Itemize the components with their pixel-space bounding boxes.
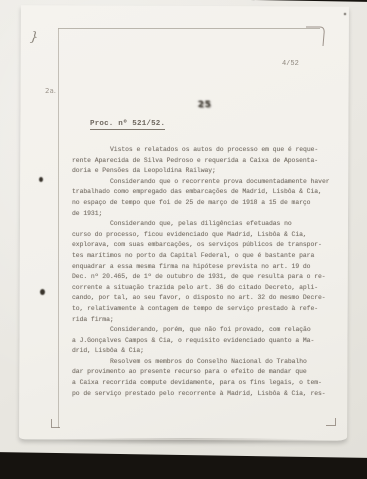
typed-line: dar provimento ao presente recurso para … bbox=[72, 367, 324, 378]
handwritten-squiggle: } bbox=[29, 30, 39, 46]
corner-curl-mark bbox=[306, 24, 328, 55]
typed-line: cando, por tal, ao seu favor, o disposto… bbox=[72, 293, 324, 304]
typed-line: a Caixa recorrida compute devidamente, p… bbox=[72, 378, 324, 389]
typed-line: a J.Gonçalves Campos & Cia, o requisito … bbox=[72, 336, 324, 347]
typed-line: Considerando, porém, que não foi provado… bbox=[72, 325, 324, 336]
page-frame-left-line bbox=[58, 28, 59, 428]
process-heading: Proc. nº 521/52. bbox=[90, 120, 165, 130]
page-frame-top-line bbox=[58, 28, 320, 29]
typed-line: de 1931; bbox=[72, 209, 324, 220]
typed-line: enquadrar a essa mesma firma na hipótese… bbox=[72, 262, 324, 273]
typed-line: explorava, com suas embarcações, os serv… bbox=[72, 240, 324, 251]
typed-line: curso do processo, ficou evidenciado que… bbox=[72, 230, 324, 241]
folio-annotation: 4/52 bbox=[282, 60, 299, 68]
typed-line: drid, Lisbôa & Cia; bbox=[72, 346, 324, 357]
typed-line: Considerando que o recorrente prova docu… bbox=[72, 177, 324, 188]
typed-line: rida firma; bbox=[72, 315, 324, 326]
bottom-right-corner-mark bbox=[326, 418, 336, 426]
ink-blot bbox=[39, 177, 43, 182]
typed-line: no espaço de tempo que foi de 25 de març… bbox=[72, 198, 324, 209]
typed-line: doria e Pensões da Leopoldina Railway; bbox=[72, 166, 324, 177]
bottom-left-corner-mark bbox=[51, 419, 60, 428]
typed-line: corrente a situação trazida pelo art. 36… bbox=[72, 283, 324, 294]
margin-note: 2a. bbox=[45, 87, 56, 95]
paper-bottom-edge-shadow bbox=[40, 438, 332, 445]
typed-line: tes marítimos no porto da Capital Federa… bbox=[72, 251, 324, 262]
typed-line: Vistos e relatados os autos do processo … bbox=[72, 145, 324, 156]
page-number-stamp: 25 bbox=[198, 100, 212, 110]
typed-line: rente Aparecida de Silva Pedroso e reque… bbox=[72, 156, 324, 167]
typed-line: Considerando que, pelas diligências efet… bbox=[72, 219, 324, 230]
ink-speck bbox=[344, 13, 346, 15]
typed-line: to, relativamente à contagem de tempo de… bbox=[72, 304, 324, 315]
typed-line: Dec. nº 20.465, de 1º de outubro de 1931… bbox=[72, 272, 324, 283]
typed-text-block: Vistos e relatados os autos do processo … bbox=[72, 145, 324, 399]
typed-line: po de serviço prestado pelo recorrente à… bbox=[72, 389, 324, 400]
typed-line: Resolvem os membros do Conselho Nacional… bbox=[72, 357, 324, 368]
ink-blot bbox=[40, 289, 45, 295]
typed-line: trabalhado como empregado das embarcaçõe… bbox=[72, 187, 324, 198]
